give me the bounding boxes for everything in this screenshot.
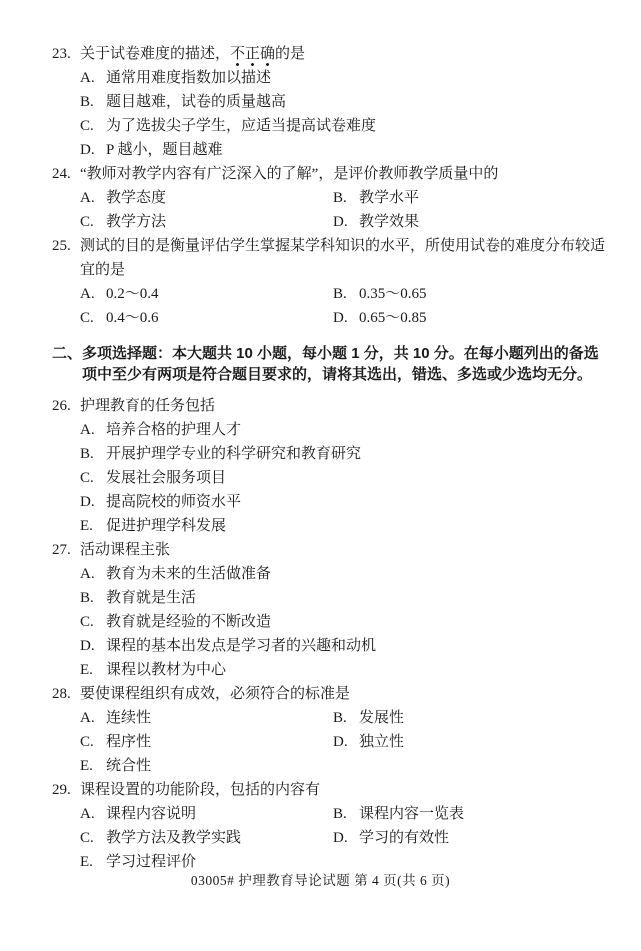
option-a: A.连续性 — [80, 706, 333, 730]
option-letter: D. — [333, 826, 359, 850]
option-e: E.课程以教材为中心 — [80, 658, 611, 682]
option-letter: C. — [80, 730, 106, 754]
section-marker: 二、 — [52, 343, 82, 385]
question-stem-text: 关于试卷难度的描述，不正确的是 — [80, 42, 611, 66]
question-stem-text: 课程设置的功能阶段，包括的内容有 — [80, 778, 611, 802]
option-letter: A. — [80, 802, 106, 826]
option-letter: A. — [80, 562, 106, 586]
option-text: 0.35～0.65 — [359, 282, 611, 306]
option-letter: C. — [80, 826, 106, 850]
option-d: D.课程的基本出发点是学习者的兴趣和动机 — [80, 634, 611, 658]
option-d: D.0.65～0.85 — [333, 306, 611, 330]
question-26: 26.护理教育的任务包括A.培养合格的护理人才B.开展护理学专业的科学研究和教育… — [52, 394, 611, 538]
option-letter: A. — [80, 66, 106, 90]
option-text: 促进护理学科发展 — [106, 514, 611, 538]
option-letter: B. — [333, 706, 359, 730]
stem-emphasis: 不正确 — [230, 46, 275, 67]
section-header: 二、多项选择题：本大题共 10 小题，每小题 1 分，共 10 分。在每小题列出… — [52, 343, 611, 385]
option-text: 教学效果 — [359, 210, 611, 234]
question-stem-text: 护理教育的任务包括 — [80, 394, 611, 418]
option-d: D.教学效果 — [333, 210, 611, 234]
option-d: D.P 越小，题目越难 — [80, 138, 611, 162]
options-list: A.0.2～0.4B.0.35～0.65C.0.4～0.6D.0.65～0.85 — [52, 282, 611, 330]
question-number: 27. — [52, 538, 80, 562]
question-list: 23.关于试卷难度的描述，不正确的是A.通常用难度指数加以描述B.题目越难，试卷… — [52, 42, 611, 874]
section-text: 多项选择题：本大题共 10 小题，每小题 1 分，共 10 分。在每小题列出的备… — [82, 343, 611, 385]
option-c: C.0.4～0.6 — [80, 306, 333, 330]
option-letter: B. — [80, 442, 106, 466]
option-letter: A. — [80, 706, 106, 730]
option-b: B.教学水平 — [333, 186, 611, 210]
option-text: 0.2～0.4 — [106, 282, 333, 306]
question-29: 29.课程设置的功能阶段，包括的内容有A.课程内容说明B.课程内容一览表C.教学… — [52, 778, 611, 874]
option-text: 教育为未来的生活做准备 — [106, 562, 611, 586]
option-b: B.发展性 — [333, 706, 611, 730]
question-stem: 24.“教师对教学内容有广泛深入的了解”，是评价教师教学质量中的 — [52, 162, 611, 186]
page-footer: 03005# 护理教育导论试题 第 4 页(共 6 页) — [0, 869, 641, 889]
option-letter: C. — [80, 306, 106, 330]
option-letter: D. — [333, 730, 359, 754]
option-letter: B. — [333, 282, 359, 306]
option-d: D.学习的有效性 — [333, 826, 611, 850]
option-letter: D. — [80, 490, 106, 514]
option-text: 课程以教材为中心 — [106, 658, 611, 682]
option-letter: A. — [80, 186, 106, 210]
option-letter: C. — [80, 610, 106, 634]
option-text: 教学水平 — [359, 186, 611, 210]
option-letter: D. — [333, 210, 359, 234]
question-27: 27.活动课程主张A.教育为未来的生活做准备B.教育就是生活C.教育就是经验的不… — [52, 538, 611, 682]
question-number: 24. — [52, 162, 80, 186]
question-stem-text: 测试的目的是衡量评估学生掌握某学科知识的水平，所使用试卷的难度分布较适宜的是 — [80, 234, 611, 282]
option-text: 通常用难度指数加以描述 — [106, 66, 611, 90]
options-list: A.教学态度B.教学水平C.教学方法D.教学效果 — [52, 186, 611, 234]
option-c: C.教学方法 — [80, 210, 333, 234]
option-text: 发展社会服务项目 — [106, 466, 611, 490]
option-a: A.课程内容说明 — [80, 802, 333, 826]
question-number: 26. — [52, 394, 80, 418]
options-list: A.培养合格的护理人才B.开展护理学专业的科学研究和教育研究C.发展社会服务项目… — [52, 418, 611, 538]
option-letter: C. — [80, 210, 106, 234]
option-c: C.发展社会服务项目 — [80, 466, 611, 490]
option-text: 教育就是经验的不断改造 — [106, 610, 611, 634]
options-list: A.教育为未来的生活做准备B.教育就是生活C.教育就是经验的不断改造D.课程的基… — [52, 562, 611, 682]
option-letter: E. — [80, 754, 106, 778]
option-b: B.课程内容一览表 — [333, 802, 611, 826]
question-stem: 25.测试的目的是衡量评估学生掌握某学科知识的水平，所使用试卷的难度分布较适宜的… — [52, 234, 611, 282]
option-a: A.教育为未来的生活做准备 — [80, 562, 611, 586]
option-letter: D. — [80, 138, 106, 162]
option-b: B.开展护理学专业的科学研究和教育研究 — [80, 442, 611, 466]
question-number: 29. — [52, 778, 80, 802]
options-list: A.课程内容说明B.课程内容一览表C.教学方法及教学实践D.学习的有效性E.学习… — [52, 802, 611, 874]
question-number: 25. — [52, 234, 80, 282]
question-25: 25.测试的目的是衡量评估学生掌握某学科知识的水平，所使用试卷的难度分布较适宜的… — [52, 234, 611, 330]
option-text: 学习的有效性 — [359, 826, 611, 850]
option-text: 教学方法 — [106, 210, 333, 234]
question-stem-text: “教师对教学内容有广泛深入的了解”，是评价教师教学质量中的 — [80, 162, 611, 186]
option-text: 为了选拔尖子学生，应适当提高试卷难度 — [106, 114, 611, 138]
option-c: C.教育就是经验的不断改造 — [80, 610, 611, 634]
option-text: 课程内容一览表 — [359, 802, 611, 826]
option-letter: C. — [80, 466, 106, 490]
question-stem: 28.要使课程组织有成效，必须符合的标准是 — [52, 682, 611, 706]
option-text: 教学态度 — [106, 186, 333, 210]
option-e: E.促进护理学科发展 — [80, 514, 611, 538]
option-text: 课程内容说明 — [106, 802, 333, 826]
option-letter: D. — [80, 634, 106, 658]
option-text: 课程的基本出发点是学习者的兴趣和动机 — [106, 634, 611, 658]
option-text: 发展性 — [359, 706, 611, 730]
option-a: A.通常用难度指数加以描述 — [80, 66, 611, 90]
option-d: D.提高院校的师资水平 — [80, 490, 611, 514]
option-text: 教育就是生活 — [106, 586, 611, 610]
option-letter: A. — [80, 418, 106, 442]
option-letter: A. — [80, 282, 106, 306]
option-text: 独立性 — [359, 730, 611, 754]
option-a: A.教学态度 — [80, 186, 333, 210]
stem-text-after: 的是 — [275, 46, 305, 62]
option-c: C.程序性 — [80, 730, 333, 754]
option-text: 提高院校的师资水平 — [106, 490, 611, 514]
question-stem: 29.课程设置的功能阶段，包括的内容有 — [52, 778, 611, 802]
question-stem-text: 活动课程主张 — [80, 538, 611, 562]
question-stem: 26.护理教育的任务包括 — [52, 394, 611, 418]
option-b: B.题目越难，试卷的质量越高 — [80, 90, 611, 114]
option-text: 题目越难，试卷的质量越高 — [106, 90, 611, 114]
option-text: 教学方法及教学实践 — [106, 826, 333, 850]
options-list: A.连续性B.发展性C.程序性D.独立性E.统合性 — [52, 706, 611, 778]
question-28: 28.要使课程组织有成效，必须符合的标准是A.连续性B.发展性C.程序性D.独立… — [52, 682, 611, 778]
option-c: C.为了选拔尖子学生，应适当提高试卷难度 — [80, 114, 611, 138]
option-letter: B. — [80, 90, 106, 114]
option-c: C.教学方法及教学实践 — [80, 826, 333, 850]
option-letter: E. — [80, 658, 106, 682]
exam-page: 23.关于试卷难度的描述，不正确的是A.通常用难度指数加以描述B.题目越难，试卷… — [0, 0, 641, 951]
option-text: 连续性 — [106, 706, 333, 730]
question-24: 24.“教师对教学内容有广泛深入的了解”，是评价教师教学质量中的A.教学态度B.… — [52, 162, 611, 234]
option-b: B.0.35～0.65 — [333, 282, 611, 306]
question-23: 23.关于试卷难度的描述，不正确的是A.通常用难度指数加以描述B.题目越难，试卷… — [52, 42, 611, 162]
option-b: B.教育就是生活 — [80, 586, 611, 610]
option-text: 0.4～0.6 — [106, 306, 333, 330]
question-stem: 23.关于试卷难度的描述，不正确的是 — [52, 42, 611, 66]
option-letter: B. — [80, 586, 106, 610]
options-list: A.通常用难度指数加以描述B.题目越难，试卷的质量越高C.为了选拔尖子学生，应适… — [52, 66, 611, 162]
option-letter: B. — [333, 802, 359, 826]
option-letter: E. — [80, 514, 106, 538]
question-stem-text: 要使课程组织有成效，必须符合的标准是 — [80, 682, 611, 706]
stem-text-before: 关于试卷难度的描述， — [80, 46, 230, 62]
question-number: 28. — [52, 682, 80, 706]
option-letter: B. — [333, 186, 359, 210]
option-text: 开展护理学专业的科学研究和教育研究 — [106, 442, 611, 466]
option-letter: C. — [80, 114, 106, 138]
option-text: P 越小，题目越难 — [106, 138, 611, 162]
option-a: A.培养合格的护理人才 — [80, 418, 611, 442]
option-text: 培养合格的护理人才 — [106, 418, 611, 442]
option-letter: D. — [333, 306, 359, 330]
option-text: 程序性 — [106, 730, 333, 754]
option-a: A.0.2～0.4 — [80, 282, 333, 306]
question-stem: 27.活动课程主张 — [52, 538, 611, 562]
option-text: 统合性 — [106, 754, 333, 778]
option-text: 0.65～0.85 — [359, 306, 611, 330]
option-d: D.独立性 — [333, 730, 611, 754]
option-e: E.统合性 — [80, 754, 333, 778]
question-number: 23. — [52, 42, 80, 66]
